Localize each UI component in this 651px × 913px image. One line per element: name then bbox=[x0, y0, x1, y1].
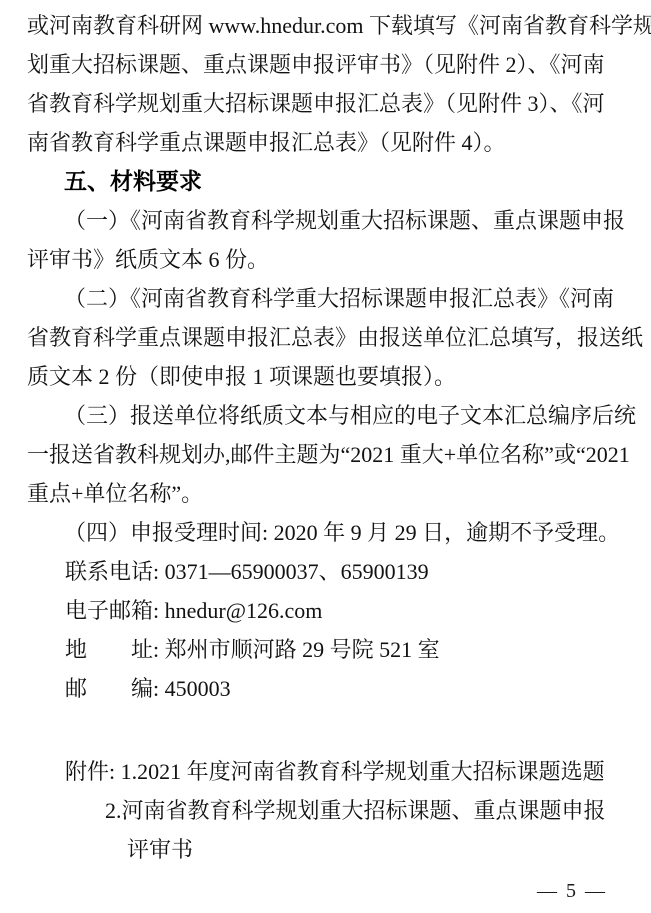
item2-line-2: 省教育科学重点课题申报汇总表》由报送单位汇总填写，报送纸 bbox=[27, 318, 631, 357]
contact-address: 地 址: 郑州市顺河路 29 号院 521 室 bbox=[27, 630, 631, 669]
item4-line-1: （四）申报受理时间: 2020 年 9 月 29 日，逾期不予受理。 bbox=[27, 513, 631, 552]
intro-line-2: 划重大招标课题、重点课题申报评审书》（见附件 2）、《河南 bbox=[27, 45, 631, 84]
item3-line-1: （三）报送单位将纸质文本与相应的电子文本汇总编序后统 bbox=[27, 396, 631, 435]
page-number: — 5 — bbox=[537, 880, 607, 903]
attachment-line-3: 评审书 bbox=[27, 830, 631, 869]
item2-line-1: （二）《河南省教育科学重大招标课题申报汇总表》《河南 bbox=[27, 279, 631, 318]
intro-line-3: 省教育科学规划重大招标课题申报汇总表》（见附件 3）、《河 bbox=[27, 84, 631, 123]
contact-email: 电子邮箱: hnedur@126.com bbox=[27, 591, 631, 630]
item3-line-2: 一报送省教科规划办,邮件主题为“2021 重大+单位名称”或“2021 bbox=[27, 435, 631, 474]
contact-postcode: 邮 编: 450003 bbox=[27, 669, 631, 708]
attachment-line-1: 附件: 1.2021 年度河南省教育科学规划重大招标课题选题 bbox=[27, 752, 631, 791]
contact-phone: 联系电话: 0371—65900037、65900139 bbox=[27, 552, 631, 591]
item1-line-2: 评审书》纸质文本 6 份。 bbox=[27, 240, 631, 279]
item1-line-1: （一）《河南省教育科学规划重大招标课题、重点课题申报 bbox=[27, 201, 631, 240]
section-heading: 五、材料要求 bbox=[27, 162, 631, 201]
item3-line-3: 重点+单位名称”。 bbox=[27, 474, 631, 513]
intro-line-1: 或河南教育科研网 www.hnedur.com 下载填写《河南省教育科学规 bbox=[27, 6, 631, 45]
item2-line-3: 质文本 2 份（即使申报 1 项课题也要填报）。 bbox=[27, 357, 631, 396]
attachments-block: 附件: 1.2021 年度河南省教育科学规划重大招标课题选题 2.河南省教育科学… bbox=[27, 752, 631, 869]
attachment-line-2: 2.河南省教育科学规划重大招标课题、重点课题申报 bbox=[27, 791, 631, 830]
intro-line-4: 南省教育科学重点课题申报汇总表》（见附件 4）。 bbox=[27, 123, 631, 162]
document-page: 或河南教育科研网 www.hnedur.com 下载填写《河南省教育科学规 划重… bbox=[0, 0, 651, 913]
document-body: 或河南教育科研网 www.hnedur.com 下载填写《河南省教育科学规 划重… bbox=[0, 0, 651, 869]
